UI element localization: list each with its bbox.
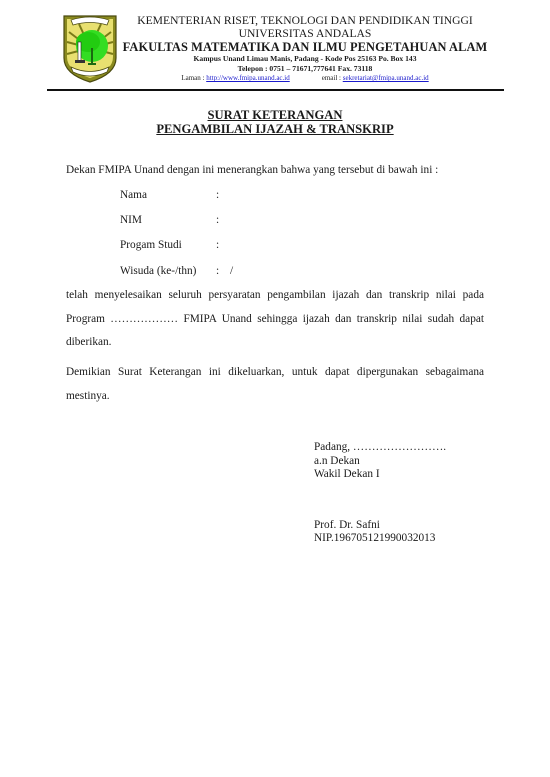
email-link[interactable]: sekretariat@fmipa.unand.ac.id	[343, 74, 429, 82]
field-label: Progam Studi	[120, 238, 216, 252]
field-separator: :	[216, 213, 230, 227]
place-date: Padang, …………………….	[314, 441, 446, 455]
signatory-nip: NIP.196705121990032013	[314, 532, 435, 546]
field-value: /	[230, 265, 233, 277]
document-subtitle: PENGAMBILAN IJAZAH & TRANSKRIP	[0, 122, 550, 136]
field-nama: Nama:	[120, 188, 230, 202]
university-name: UNIVERSITAS ANDALAS	[120, 27, 490, 40]
faculty-name: FAKULTAS MATEMATIKA DAN ILMU PENGETAHUAN…	[120, 40, 490, 54]
field-separator: :	[216, 264, 230, 278]
letterhead-divider	[47, 89, 504, 91]
intro-text: Dekan FMIPA Unand dengan ini menerangkan…	[66, 159, 484, 183]
field-nim: NIM:	[120, 213, 230, 227]
field-separator: :	[216, 238, 230, 252]
field-separator: :	[216, 188, 230, 202]
field-wisuda: Wisuda (ke-/thn):/	[120, 264, 233, 278]
field-label: Wisuda (ke-/thn)	[120, 264, 216, 278]
contact-links: Laman : http://www.fmipa.unand.ac.idemai…	[120, 73, 490, 83]
address: Kampus Unand Limau Manis, Padang - Kode …	[120, 54, 490, 64]
signatory-name: Prof. Dr. Safni	[314, 519, 380, 533]
web-label: Laman :	[181, 74, 206, 82]
website-link[interactable]: http://www.fmipa.unand.ac.id	[206, 74, 290, 82]
ministry-name: KEMENTERIAN RISET, TEKNOLOGI DAN PENDIDI…	[120, 14, 490, 27]
statement-paragraph: telah menyelesaikan seluruh persyaratan …	[66, 284, 484, 355]
field-label: NIM	[120, 213, 216, 227]
university-logo	[61, 12, 119, 84]
email-label: email :	[322, 74, 343, 82]
field-label: Nama	[120, 188, 216, 202]
closing-paragraph: Demikian Surat Keterangan ini dikeluarka…	[66, 361, 484, 408]
on-behalf: a.n Dekan	[314, 455, 360, 469]
universitas-andalas-crest-icon	[61, 12, 119, 84]
signatory-position: Wakil Dekan I	[314, 468, 380, 482]
document-title: SURAT KETERANGAN	[0, 108, 550, 122]
field-program-studi: Progam Studi:	[120, 238, 230, 252]
